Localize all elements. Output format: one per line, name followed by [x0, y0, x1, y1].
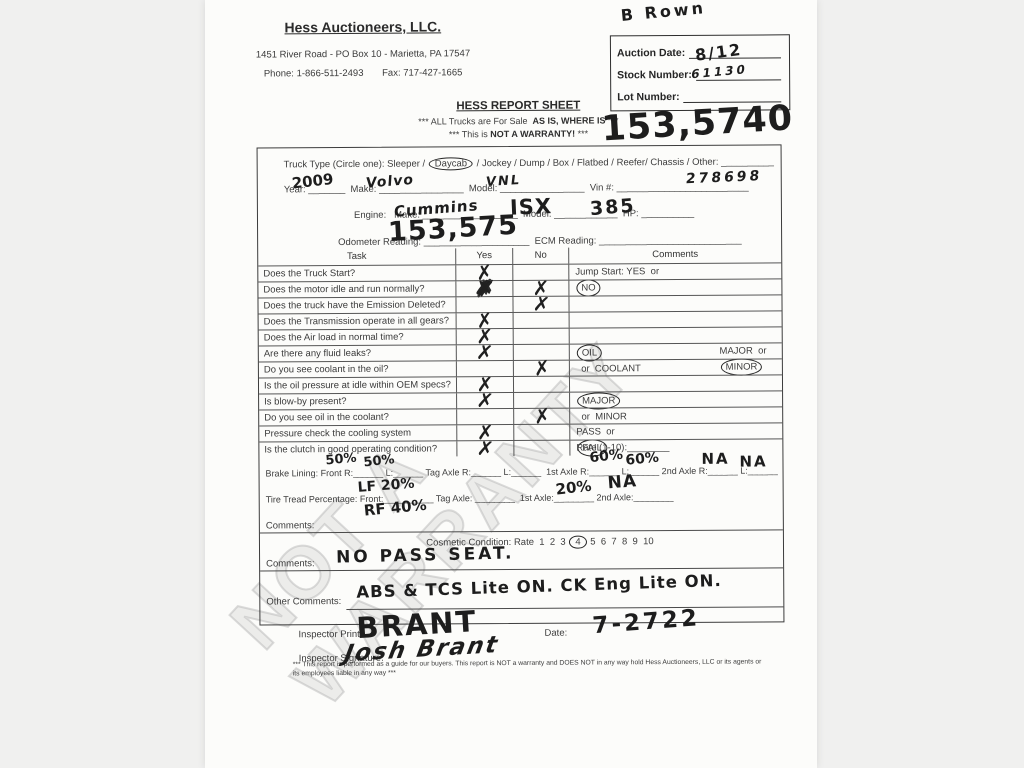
x-mark: ✗: [476, 389, 495, 411]
handwritten-brake-axle2-r: NA: [701, 450, 729, 468]
comment-cell: [569, 311, 782, 327]
comment-text: MAJOR or: [719, 343, 771, 358]
handwritten-brake-front-r: 50%: [325, 451, 357, 469]
comment-cell: [569, 407, 782, 423]
comment-cell: [568, 295, 781, 311]
no-cell: ✗: [512, 297, 568, 312]
task-label: Is blow-by present?: [259, 393, 456, 409]
circled-cosmetic-rating: 4: [569, 536, 586, 549]
no-cell: [513, 329, 569, 344]
yes-cell: ✗: [455, 281, 512, 296]
task-label: Do you see oil in the coolant?: [259, 409, 456, 425]
tire-tread-line: Tire Tread Percentage: Front:__________ …: [266, 492, 674, 504]
handwritten-hp: 385: [589, 195, 636, 220]
handwritten-other-comments: ABS & TCS Lite ON. CK Eng Lite ON.: [356, 571, 722, 602]
circled-truck-type: Daycab: [429, 157, 473, 170]
x-mark: ✗: [532, 405, 551, 427]
task-label: Does the motor idle and run normally?: [258, 281, 455, 297]
handwritten-comments: NO PASS SEAT.: [336, 543, 515, 567]
auction-date-label: Auction Date:: [617, 47, 685, 59]
comment-cell: [568, 279, 781, 295]
header-task: Task: [258, 248, 455, 265]
yes-cell: ✗: [456, 393, 513, 408]
no-cell: [513, 441, 569, 456]
header-no: No: [512, 248, 568, 264]
company-phone: Phone: 1-866-511-2493: [264, 68, 364, 80]
x-mark: ✗: [532, 293, 551, 315]
other-comments-label: Other Comments:: [266, 596, 341, 607]
company-name: Hess Auctioneers, LLC.: [223, 18, 503, 36]
x-mark: ✗: [476, 437, 495, 459]
task-label: Are there any fluid leaks?: [259, 345, 456, 361]
task-label: Is the clutch in good operating conditio…: [259, 441, 456, 457]
x-mark: ✗: [475, 341, 494, 363]
task-label: Does the Air load in normal time?: [259, 329, 456, 345]
handwritten-vin: 278698: [685, 168, 763, 187]
company-address: 1451 River Road - PO Box 10 - Marietta, …: [213, 48, 513, 61]
yes-cell: ✗: [456, 345, 513, 360]
stock-number-label: Stock Number:: [617, 69, 692, 81]
task-label: Do you see coolant in the oil?: [259, 361, 456, 377]
inspection-table: Task Yes No Comments Does the Truck Star…: [258, 246, 782, 457]
no-cell: ✗: [513, 361, 569, 376]
separator-line: [260, 529, 783, 533]
scribbled-x-mark: ✗: [476, 278, 493, 298]
report-form-box: Truck Type (Circle one): Sleeper / Dayca…: [257, 144, 785, 625]
handwritten-brake-axle2-l: NA: [739, 452, 767, 470]
handwritten-model: VNL: [485, 173, 522, 190]
task-label: Is the oil pressure at idle within OEM s…: [259, 377, 456, 393]
handwritten-brake-axle1-l: 60%: [625, 450, 660, 469]
company-phone-fax: Phone: 1-866-511-2493 Fax: 717-427-1665: [213, 67, 513, 80]
comment-cell: PASS or FAIL: [569, 423, 782, 439]
task-label: Pressure check the cooling system: [259, 425, 456, 441]
comment-cell: Jump Start: YES or NO: [568, 263, 781, 279]
header-comments: Comments: [568, 246, 781, 263]
task-label: Does the truck have the Emission Deleted…: [258, 297, 455, 313]
comment-cell: OIL or COOLANTMAJOR or MINOR: [569, 343, 782, 359]
inspector-print-label: Inspector Print:: [298, 629, 362, 640]
yes-cell: ✗: [456, 441, 513, 456]
task-label: Does the Truck Start?: [258, 265, 455, 281]
handwritten-brake-axle1-r: 60%: [589, 447, 624, 467]
comment-text: PASS or: [576, 423, 782, 439]
scanned-report-photo: NOT A WARRANTY Hess Auctioneers, LLC. 14…: [0, 0, 1024, 768]
comment-cell: MAJOR or MINOR: [569, 391, 782, 407]
comment-text: Jump Start: YES or: [575, 263, 781, 279]
no-cell: ✗: [513, 409, 569, 424]
date-label: Date:: [544, 628, 567, 639]
inspection-table-body: Does the Truck Start?✗Jump Start: YES or…: [258, 262, 782, 457]
handwritten-tire-axle2: NA: [607, 471, 638, 493]
truck-type-line: Truck Type (Circle one): Sleeper / Dayca…: [284, 155, 774, 171]
task-label: Does the Transmission operate in all gea…: [259, 313, 456, 329]
comments-label-1: Comments:: [266, 520, 315, 531]
comments-label-2: Comments:: [266, 558, 315, 569]
x-mark: ✗: [532, 357, 551, 379]
comment-cell: [569, 359, 782, 375]
report-sheet-paper: NOT A WARRANTY Hess Auctioneers, LLC. 14…: [205, 0, 817, 768]
handwritten-buyer-name: B Rown: [620, 0, 707, 25]
comment-cell: [569, 375, 782, 391]
comment-cell: [569, 327, 782, 343]
company-fax: Fax: 717-427-1665: [382, 67, 462, 78]
